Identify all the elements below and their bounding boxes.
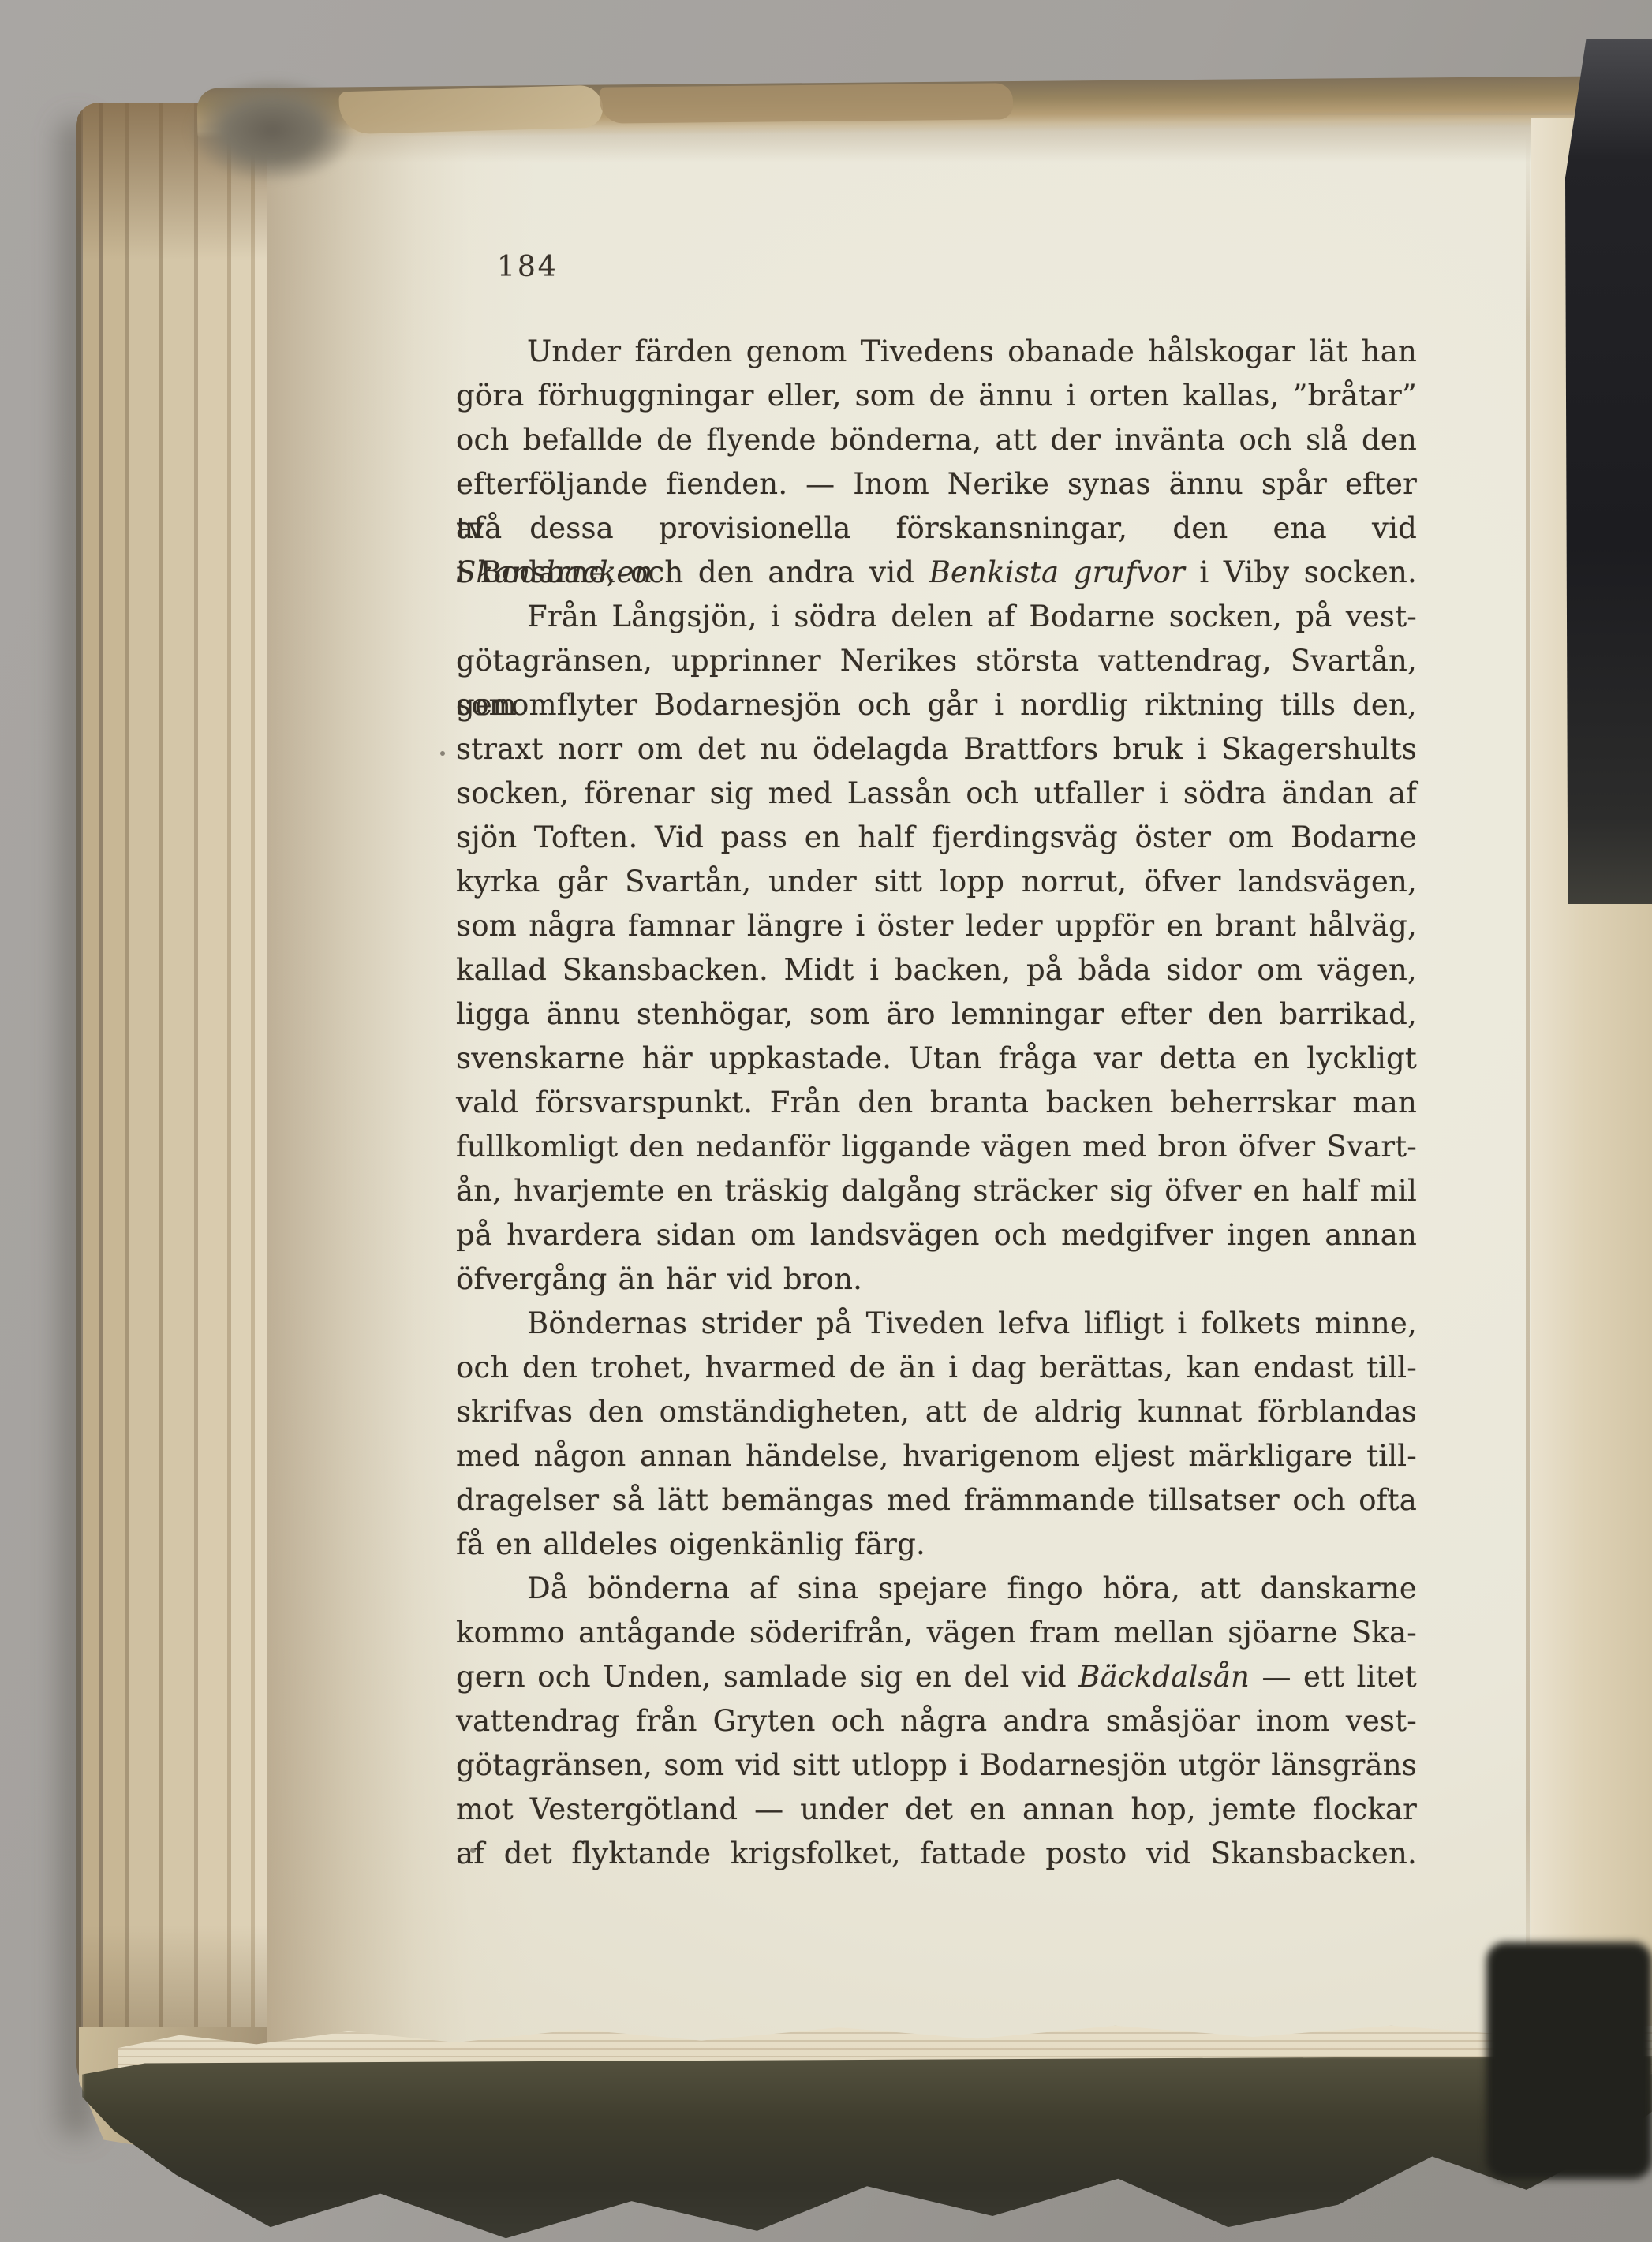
- text-segment: fullkomligt den nedanför liggande vägen …: [456, 1130, 1417, 1164]
- text-line: på hvardera sidan om landsvägen och medg…: [456, 1213, 1417, 1257]
- page-paragraphs: Under färden genom Tivedens obanade håls…: [456, 330, 1417, 1876]
- text-segment: kallad Skansbacken. Midt i backen, på bå…: [456, 953, 1417, 987]
- page-text-block: 184 Under färden genom Tivedens obanade …: [456, 249, 1417, 1876]
- ink-speck: [440, 751, 445, 756]
- paragraph: Då bönderna af sina spejare fingo höra, …: [456, 1567, 1417, 1876]
- text-line: kallad Skansbacken. Midt i backen, på bå…: [456, 948, 1417, 992]
- page-stack-left-edges: [76, 103, 270, 2083]
- paragraph: Från Långsjön, i södra delen af Bodarne …: [456, 595, 1417, 1302]
- text-line: sjön Toften. Vid pass en half fjerdingsv…: [456, 816, 1417, 860]
- text-line: skrifvas den omständigheten, att de aldr…: [456, 1390, 1417, 1434]
- text-segment: öfvergång än här vid bron.: [456, 1262, 862, 1296]
- text-segment: på hvardera sidan om landsvägen och medg…: [456, 1218, 1417, 1252]
- text-line: mot Vestergötland — under det en annan h…: [456, 1788, 1417, 1832]
- scanned-book-photo: 184 Under färden genom Tivedens obanade …: [0, 0, 1652, 2242]
- text-line: öfvergång än här vid bron.: [456, 1257, 1417, 1302]
- text-segment: i Bodarne, och den andra vid: [456, 555, 929, 589]
- italic-place-name: Benkista grufvor: [929, 555, 1185, 589]
- book-cover-edge: [1565, 39, 1652, 904]
- text-segment: götagränsen, som vid sitt utlopp i Bodar…: [456, 1748, 1417, 1782]
- text-line: efterföljande fienden. — Inom Nerike syn…: [456, 462, 1417, 506]
- text-segment: straxt norr om det nu ödelagda Brattfors…: [456, 732, 1417, 766]
- text-segment: med någon annan händelse, hvarigenom elj…: [456, 1439, 1417, 1473]
- text-line: och befallde de flyende bönderna, att de…: [456, 418, 1417, 462]
- text-segment: svenskarne här uppkastade. Utan fråga va…: [456, 1041, 1417, 1075]
- bottom-right-cover-shadow: [1486, 1942, 1652, 2179]
- text-line: dragelser så lätt bemängas med främmande…: [456, 1478, 1417, 1523]
- text-line: Då bönderna af sina spejare fingo höra, …: [456, 1567, 1417, 1611]
- text-segment: vald försvarspunkt. Från den branta back…: [456, 1086, 1417, 1119]
- text-segment: göra förhuggningar eller, som de ännu i …: [456, 379, 1417, 413]
- text-segment: mot Vestergötland — under det en annan h…: [456, 1792, 1417, 1826]
- text-segment: vattendrag från Gryten och några andra s…: [456, 1704, 1417, 1738]
- text-line: genomflyter Bodarnesjön och går i nordli…: [456, 683, 1417, 727]
- text-line: ligga ännu stenhögar, som äro lemningar …: [456, 992, 1417, 1037]
- text-segment: skrifvas den omständigheten, att de aldr…: [456, 1395, 1417, 1429]
- text-segment: ligga ännu stenhögar, som äro lemningar …: [456, 997, 1417, 1031]
- text-segment: kyrka går Svartån, under sitt lopp norru…: [456, 865, 1417, 899]
- text-line: med någon annan händelse, hvarigenom elj…: [456, 1434, 1417, 1478]
- top-left-corner-wear: [188, 77, 357, 183]
- text-line: Från Långsjön, i södra delen af Bodarne …: [456, 595, 1417, 639]
- text-line: kommo antågande söderifrån, vägen fram m…: [456, 1611, 1417, 1655]
- text-line: af det flyktande krigsfolket, fattade po…: [456, 1832, 1417, 1876]
- text-line: götagränsen, upprinner Nerikes största v…: [456, 639, 1417, 683]
- text-segment: Från Långsjön, i södra delen af Bodarne …: [527, 600, 1417, 633]
- text-line: och den trohet, hvarmed de än i dag berä…: [456, 1346, 1417, 1390]
- italic-place-name: Bäckdalsån: [1078, 1660, 1250, 1694]
- text-segment: Under färden genom Tivedens obanade håls…: [527, 334, 1417, 368]
- text-line: vald försvarspunkt. Från den branta back…: [456, 1081, 1417, 1125]
- text-segment: Böndernas strider på Tiveden lefva lifli…: [527, 1306, 1417, 1340]
- text-line: straxt norr om det nu ödelagda Brattfors…: [456, 727, 1417, 772]
- text-line: som några famnar längre i öster leder up…: [456, 904, 1417, 948]
- text-line: af dessa provisionella förskansningar, d…: [456, 506, 1417, 551]
- text-line: få en alldeles oigenkänlig färg.: [456, 1523, 1417, 1567]
- text-segment: få en alldeles oigenkänlig färg.: [456, 1527, 925, 1561]
- text-segment: socken, förenar sig med Lassån och utfal…: [456, 776, 1417, 810]
- paragraph: Böndernas strider på Tiveden lefva lifli…: [456, 1302, 1417, 1567]
- text-line: kyrka går Svartån, under sitt lopp norru…: [456, 860, 1417, 904]
- paragraph: Under färden genom Tivedens obanade håls…: [456, 330, 1417, 595]
- text-segment: sjön Toften. Vid pass en half fjerdingsv…: [456, 820, 1417, 854]
- text-line: Böndernas strider på Tiveden lefva lifli…: [456, 1302, 1417, 1346]
- text-line: ån, hvarjemte en träskig dalgång sträcke…: [456, 1169, 1417, 1213]
- text-segment: gern och Unden, samlade sig en del vid: [456, 1660, 1078, 1694]
- text-segment: dragelser så lätt bemängas med främmande…: [456, 1483, 1417, 1517]
- text-segment: som några famnar längre i öster leder up…: [456, 909, 1417, 943]
- torn-paper-edge: [600, 83, 1013, 123]
- text-segment: Då bönderna af sina spejare fingo höra, …: [527, 1571, 1417, 1605]
- text-segment: ån, hvarjemte en träskig dalgång sträcke…: [456, 1174, 1417, 1208]
- text-segment: kommo antågande söderifrån, vägen fram m…: [456, 1616, 1417, 1650]
- text-line: göra förhuggningar eller, som de ännu i …: [456, 374, 1417, 418]
- text-segment: — ett litet: [1250, 1660, 1417, 1694]
- text-line: svenskarne här uppkastade. Utan fråga va…: [456, 1037, 1417, 1081]
- text-segment: och befallde de flyende bönderna, att de…: [456, 423, 1417, 457]
- text-line: socken, förenar sig med Lassån och utfal…: [456, 772, 1417, 816]
- text-segment: af det flyktande krigsfolket, fattade po…: [456, 1837, 1417, 1870]
- text-segment: i Viby socken.: [1185, 555, 1417, 589]
- torn-paper-edge: [338, 85, 603, 135]
- text-line: fullkomligt den nedanför liggande vägen …: [456, 1125, 1417, 1169]
- text-line: vattendrag från Gryten och några andra s…: [456, 1699, 1417, 1743]
- page-crease: [1526, 134, 1530, 2012]
- text-segment: af dessa provisionella förskansningar, d…: [456, 511, 1417, 545]
- text-line: götagränsen, som vid sitt utlopp i Bodar…: [456, 1743, 1417, 1788]
- page-number: 184: [497, 249, 1417, 286]
- text-line: gern och Unden, samlade sig en del vid B…: [456, 1655, 1417, 1699]
- text-line: i Bodarne, och den andra vid Benkista gr…: [456, 551, 1417, 595]
- bottom-book-shadow: [82, 2056, 1652, 2242]
- text-segment: genomflyter Bodarnesjön och går i nordli…: [456, 688, 1417, 722]
- text-line: Under färden genom Tivedens obanade håls…: [456, 330, 1417, 374]
- text-segment: och den trohet, hvarmed de än i dag berä…: [456, 1351, 1417, 1384]
